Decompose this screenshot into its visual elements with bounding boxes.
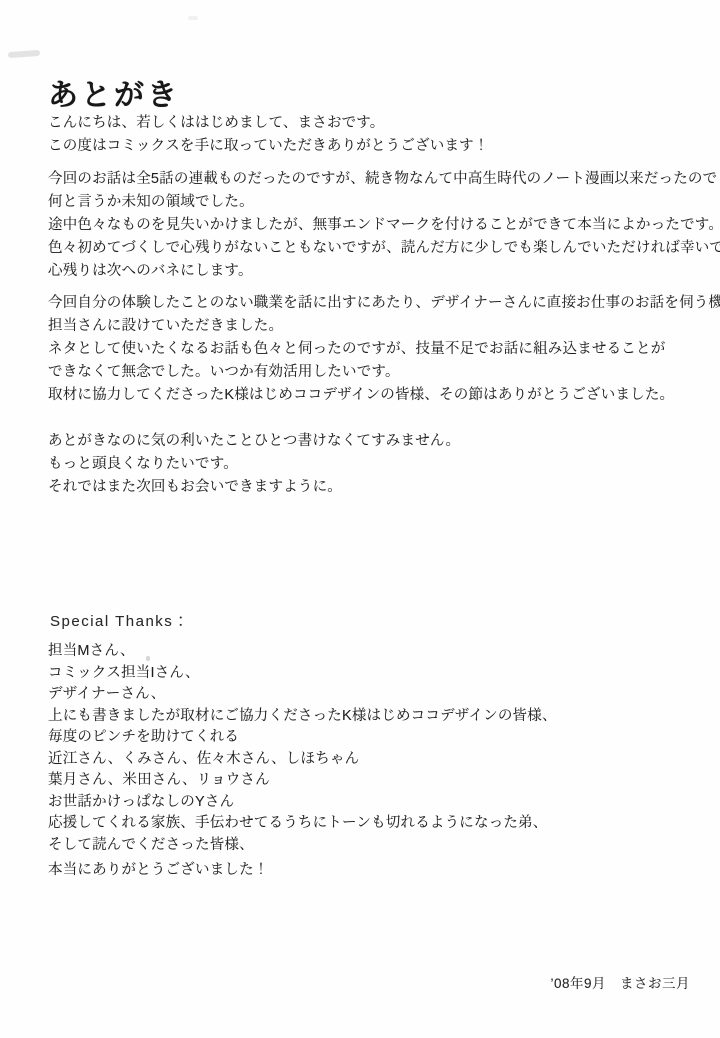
special-thanks-heading: Special Thanks： (50, 610, 190, 631)
closing-thanks: 本当にありがとうございました！ (48, 858, 269, 879)
text-line: 何と言うか未知の領域でした。 (48, 191, 704, 214)
document-page: あとがき こんにちは、若しくははじめまして、まさおです。 この度はコミックスを手… (0, 0, 720, 1038)
text-line: 今回自分の体験したことのない職業を話に出すにあたり、デザイナーさんに直接お仕事の… (48, 292, 704, 315)
text-line: 途中色々なものを見失いかけましたが、無事エンドマークを付けることができて本当によ… (48, 214, 704, 237)
paragraph-serialization: 今回のお話は全5話の連載ものだったのですが、続き物なんて中高生時代のノート漫画以… (48, 168, 704, 283)
thanks-item: 近江さん、くみさん、佐々木さん、しほちゃん (48, 749, 704, 771)
paragraph-research: 今回自分の体験したことのない職業を話に出すにあたり、デザイナーさんに直接お仕事の… (48, 292, 704, 407)
scan-smudge (8, 50, 40, 58)
special-thanks-list: 担当Mさん、 コミックス担当Iさん、 デザイナーさん、 上にも書きましたが取材に… (48, 641, 704, 856)
text-line: この度はコミックスを手に取っていただきありがとうございます！ (48, 135, 704, 158)
text-line: 取材に協力してくださったK様はじめココデザインの皆様、その節はありがとうございま… (48, 384, 704, 407)
thanks-item: デザイナーさん、 (48, 684, 704, 706)
author-signature: ’08年9月 まさお三月 (550, 972, 690, 992)
thanks-item: 葉月さん、米田さん、リョウさん (48, 770, 704, 792)
text-line: ネタとして使いたくなるお話も色々と伺ったのですが、技量不足でお話に組み込ませるこ… (48, 338, 704, 361)
text-line: 担当さんに設けていただきました。 (48, 315, 704, 338)
text-line: 心残りは次へのバネにします。 (48, 260, 704, 283)
text-line: あとがきなのに気の利いたことひとつ書けなくてすみません。 (48, 430, 704, 453)
thanks-item: 上にも書きましたが取材にご協力くださったK様はじめココデザインの皆様、 (48, 706, 704, 728)
text-line: 今回のお話は全5話の連載ものだったのですが、続き物なんて中高生時代のノート漫画以… (48, 168, 704, 191)
text-line: それではまた次回もお会いできますように。 (48, 476, 704, 499)
thanks-item: コミックス担当Iさん、 (48, 663, 704, 685)
text-line: こんにちは、若しくははじめまして、まさおです。 (48, 112, 704, 135)
thanks-item: 毎度のピンチを助けてくれる (48, 727, 704, 749)
thanks-item: 担当Mさん、 (48, 641, 704, 663)
text-line: 色々初めてづくしで心残りがないこともないですが、読んだ方に少しでも楽しんでいただ… (48, 237, 704, 260)
text-line: できなくて無念でした。いつか有効活用したいです。 (48, 361, 704, 384)
text-line: もっと頭良くなりたいです。 (48, 453, 704, 476)
scan-speck (188, 16, 198, 20)
thanks-item: 応援してくれる家族、手伝わせてるうちにトーンも切れるようになった弟、 (48, 813, 704, 835)
thanks-item: お世話かけっぱなしのYさん (48, 792, 704, 814)
page-title: あとがき (48, 70, 180, 114)
paragraph-greeting: こんにちは、若しくははじめまして、まさおです。 この度はコミックスを手に取ってい… (48, 112, 704, 158)
paragraph-apology: あとがきなのに気の利いたことひとつ書けなくてすみません。 もっと頭良くなりたいで… (48, 430, 704, 499)
thanks-item: そして読んでくださった皆様、 (48, 835, 704, 857)
